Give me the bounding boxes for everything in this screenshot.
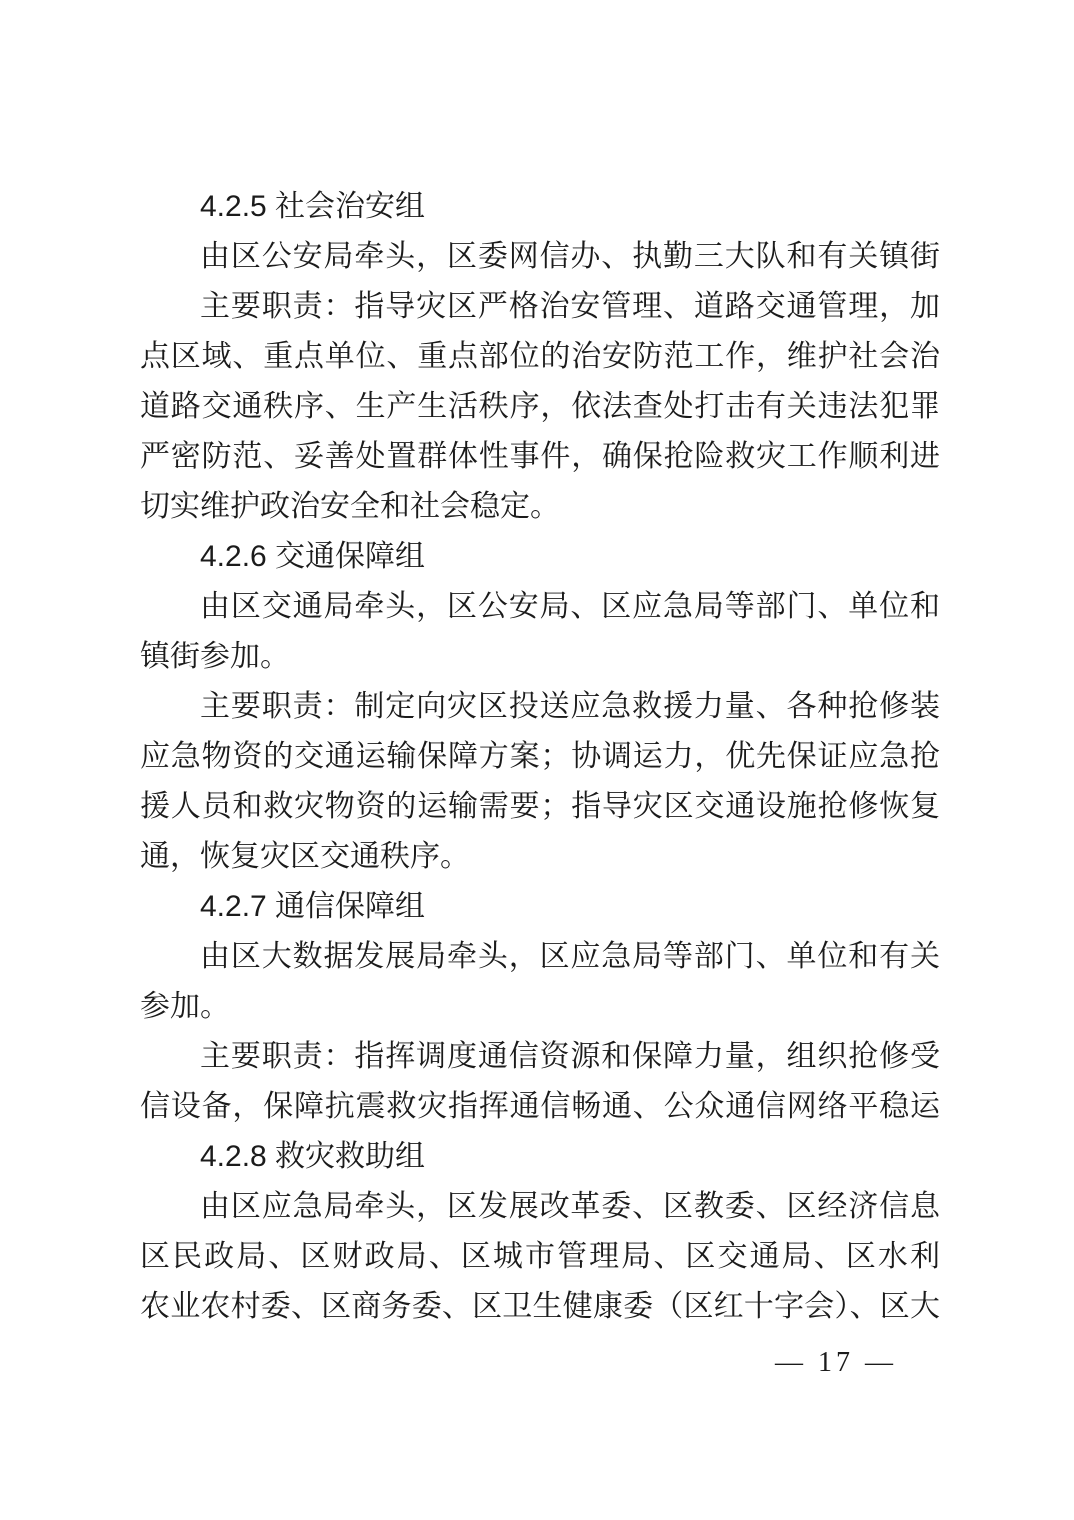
section-heading: 4.2.8 救灾救助组: [140, 1132, 940, 1182]
document-page: 4.2.5 社会治安组由区公安局牵头，区委网信办、执勤三大队和有关镇街参加。主要…: [0, 0, 1074, 1520]
text-line: 由区公安局牵头，区委网信办、执勤三大队和有关镇街参加。: [140, 232, 940, 282]
text-line: 主要职责：指导灾区严格治安管理、道路交通管理，加强重: [140, 282, 940, 332]
text-line: 点区域、重点单位、重点部位的治安防范工作，维护社会治安、: [140, 332, 940, 382]
text-line: 通，恢复灾区交通秩序。: [140, 832, 940, 882]
text-line: 参加。: [140, 982, 940, 1032]
text-line: 区民政局、区财政局、区城市管理局、区交通局、区水利局、区: [140, 1232, 940, 1282]
text-line: 应急物资的交通运输保障方案；协调运力，优先保证应急抢险救: [140, 732, 940, 782]
text-line: 主要职责：制定向灾区投送应急救援力量、各种抢修装备和: [140, 682, 940, 732]
text-line: 由区交通局牵头，区公安局、区应急局等部门、单位和有关: [140, 582, 940, 632]
text-line: 切实维护政治安全和社会稳定。: [140, 482, 940, 532]
document-content: 4.2.5 社会治安组由区公安局牵头，区委网信办、执勤三大队和有关镇街参加。主要…: [140, 182, 940, 1332]
text-line: 主要职责：指挥调度通信资源和保障力量，组织抢修受损通: [140, 1032, 940, 1082]
text-line: 援人员和救灾物资的运输需要；指导灾区交通设施抢修恢复和保: [140, 782, 940, 832]
text-line: 严密防范、妥善处置群体性事件，确保抢险救灾工作顺利进行，: [140, 432, 940, 482]
text-line: 由区大数据发展局牵头，区应急局等部门、单位和有关镇街: [140, 932, 940, 982]
text-line: 农业农村委、区商务委、区卫生健康委（区红十字会）、区大数据: [140, 1282, 940, 1332]
text-line: 镇街参加。: [140, 632, 940, 682]
section-heading: 4.2.5 社会治安组: [140, 182, 940, 232]
section-heading: 4.2.7 通信保障组: [140, 882, 940, 932]
text-line: 道路交通秩序、生产生活秩序，依法查处打击有关违法犯罪活动，: [140, 382, 940, 432]
text-line: 信设备，保障抗震救灾指挥通信畅通、公众通信网络平稳运行。: [140, 1082, 940, 1132]
page-number: — 17 —: [775, 1340, 897, 1386]
text-line: 由区应急局牵头，区发展改革委、区教委、区经济信息委、: [140, 1182, 940, 1232]
section-heading: 4.2.6 交通保障组: [140, 532, 940, 582]
